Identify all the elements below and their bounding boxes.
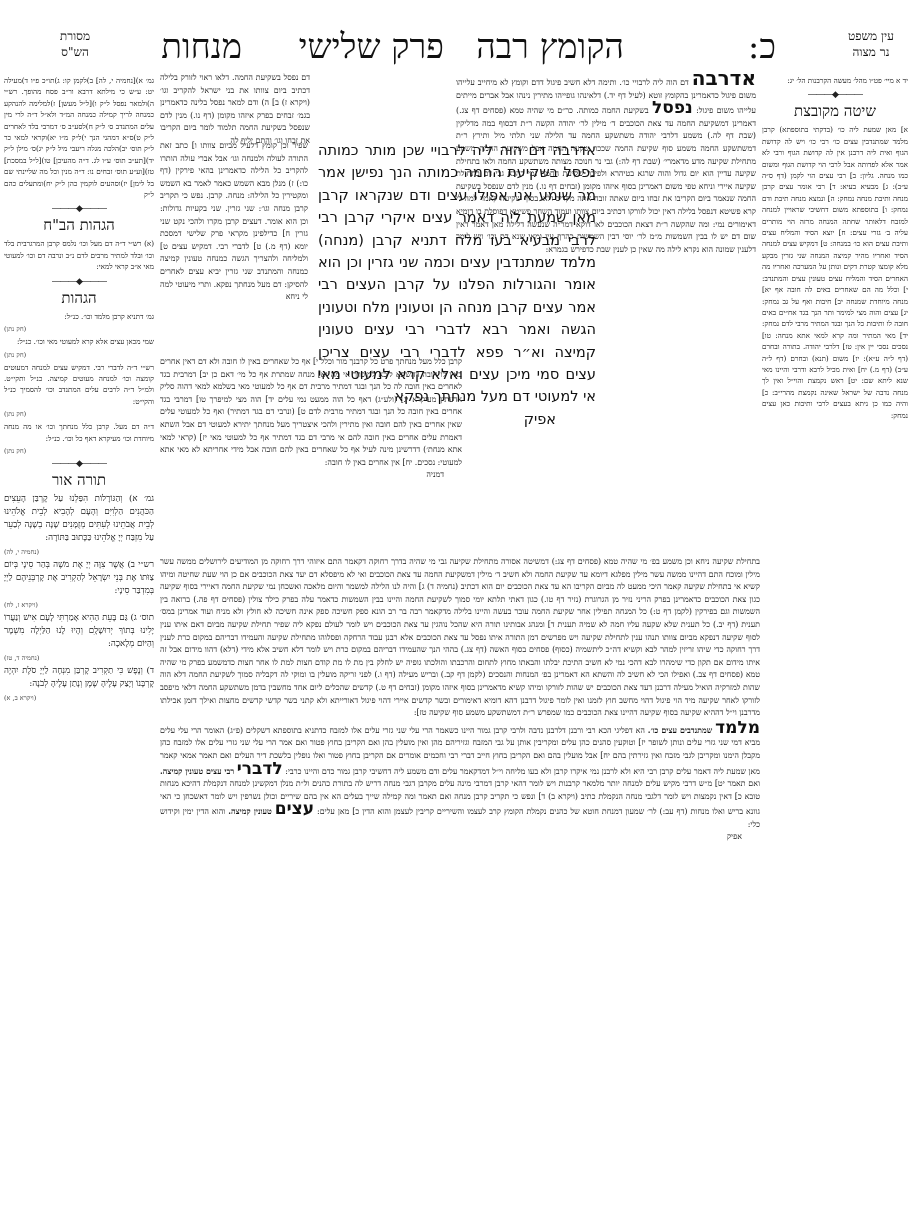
tosafot-dibur-hamatchil-3: מלמד [715, 718, 760, 738]
hagahot-habach-text: (א) רש״י ד״ה דם מעל וכו׳ נלמס קרבן המרגר… [4, 238, 154, 272]
ein-mishpat-title-1: עין משפט [836, 28, 906, 44]
chapter-name: הקומץ רבה [476, 30, 624, 64]
shita-mekubetzet-title: שיטה מקובצת [762, 102, 908, 121]
hagahot-item: ד״ה דם מעל. קרבן כלל מנחתך וכו׳ או מה מנ… [4, 421, 154, 455]
hagahot-habach-title: הגהות הב"ח [4, 216, 154, 235]
torah-or-item: גמ׳ א) וְהַגּוֹרָלוֹת הִפַּלְנוּ עַל קָר… [4, 493, 154, 556]
torah-or-item: ד) וְנֶפֶשׁ כִּי תַקְרִיב קָרְבַּן מִנְח… [4, 665, 154, 702]
tosafot-text-3: בתחילת שקיעה ניחא וכן משמע בפ׳ מי שהיה ט… [160, 556, 760, 720]
masoret-hashas-text: גמ׳ א)[נחמיה י, לה] ב)לקמן קו: ג)תו״כ פ״… [4, 75, 154, 200]
rashi-commentary: דם נפסל בשקיעת החמה. דלאו ראוי לזורק בלי… [160, 72, 310, 148]
hagahot-title: הגהות [4, 289, 154, 308]
rashi-end-word: דמניה [160, 469, 462, 482]
ornament-divider: ―――◆――― [4, 277, 154, 287]
rashi-text-2: שפיר וכן קומץ דלעיל מביום צוותו ו] כתב ז… [160, 140, 308, 304]
chapter-number: פרק שלישי [299, 30, 444, 64]
torah-or-item: תוס׳ ג) גַּם בָּעֵת הַהִיא אָמַרְתִּי לָ… [4, 612, 154, 662]
rashi-commentary-lower: קרבן כלל מעל מנחתך פרט כל קרבנך מור וכלל… [160, 356, 462, 482]
masoret-hashas-header: מסורת הש"ס [40, 28, 110, 60]
rashi-commentary-col: שפיר וכן קומץ דלעיל מביום צוותו ו] כתב ז… [160, 140, 308, 304]
hagahot-item: רש״י ד״ה לדברי רבי. דמקיש עצים למנחה דמע… [4, 362, 154, 419]
rashi-text-3: קרבן כלל מעל מנחתך פרט כל קרבנך מור וכלל… [160, 356, 462, 469]
ornament-divider: ―――◆――― [4, 204, 154, 214]
ein-mishpat-entry: יד א מיי׳ פט״ו מהל׳ מעשה הקרבנות הל׳ יג: [762, 75, 908, 86]
ornament-divider: ―――◆――― [762, 90, 908, 100]
left-margin: גמ׳ א)[נחמיה י, לה] ב)לקמן קו: ג)תו״כ פ״… [4, 75, 154, 705]
torah-or-title: תורה אור [4, 471, 154, 490]
tosafot-dibur-hamatchil-2: נפסל [652, 98, 693, 118]
ein-mishpat-title-2: נר מצוה [836, 44, 906, 60]
tosafot-dibur-hamatchil-4: לדברי [237, 759, 283, 779]
hagahot-item: שמי מכאן עצים אלא קרא למעוטי מאי וכו׳. כ… [4, 336, 154, 358]
shita-mekubetzet-text: א] מאן שמעת ליה כו׳ (בדקתי בתוספתא) קרבן… [762, 124, 908, 421]
hagahot-item: גמ׳ דתניא קרבן מלמד וכו׳. כנ״ל: (חק נתן) [4, 311, 154, 333]
daf-number: כ: [748, 30, 776, 64]
masoret-title-2: הש"ס [40, 44, 110, 60]
torah-or-item: רש״י ב) אֲשֶׁר צִוָּה יְיָ אֶת מֹשֶׁה בְ… [4, 559, 154, 609]
tosafot-bottom: בתחילת שקיעה ניחא וכן משמע בפ׳ מי שהיה ט… [160, 556, 760, 844]
tosafot-dibur-hamatchil-5: עצים [275, 799, 314, 819]
tosafot-dibur-hamatchil: אדרבה [692, 66, 756, 90]
ornament-divider: ―――◆――― [4, 459, 154, 469]
right-margin: יד א מיי׳ פט״ו מהל׳ מעשה הקרבנות הל׳ יג:… [762, 75, 908, 421]
rashi-text-1: דם נפסל בשקיעת החמה. דלאו ראוי לזורק בלי… [160, 72, 310, 148]
tosafot-end-word: אפיק [160, 831, 760, 844]
ein-mishpat-header: עין משפט נר מצוה [836, 28, 906, 60]
tractate-name: מנחות [161, 30, 242, 64]
masoret-title-1: מסורת [40, 28, 110, 44]
